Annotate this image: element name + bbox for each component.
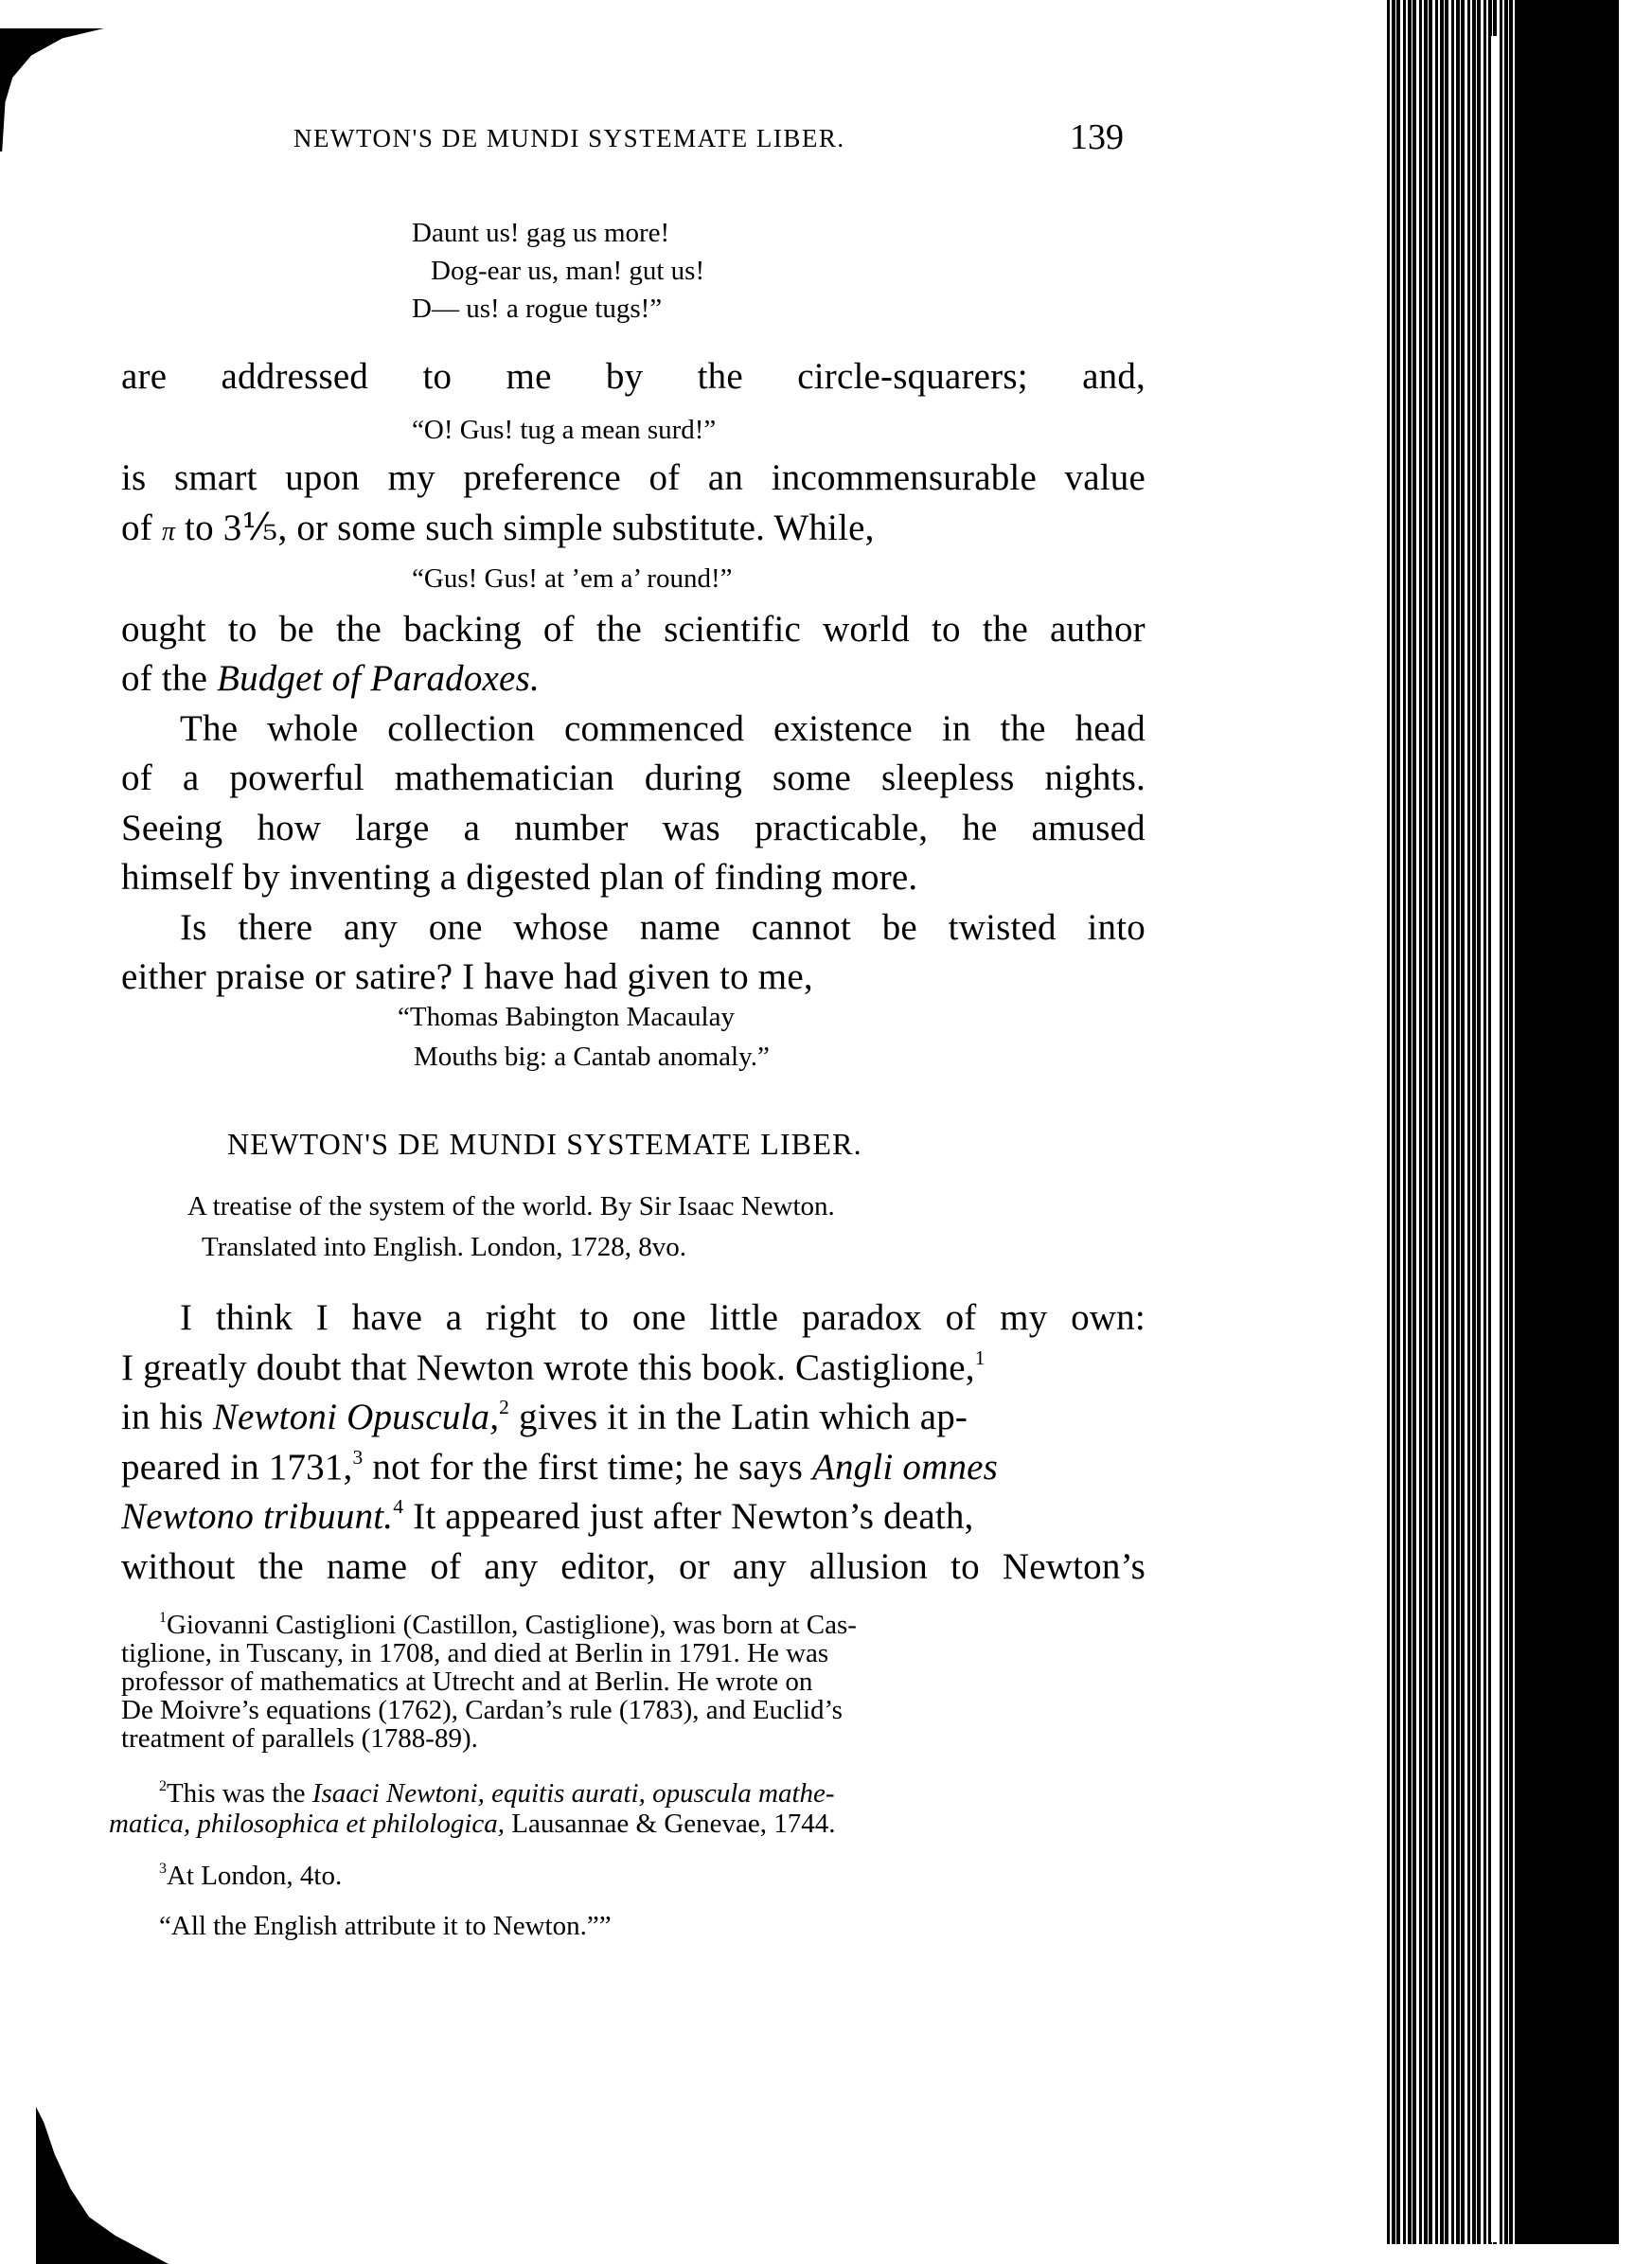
book-title-italic: Budget of Paradoxes. bbox=[217, 658, 540, 699]
word: any bbox=[344, 909, 398, 946]
word: smart bbox=[174, 459, 258, 496]
footnote-3: 3At London, 4to. bbox=[159, 1863, 342, 1890]
footnote-text: At London, 4to. bbox=[167, 1861, 342, 1891]
verse-line: D— us! a rogue tugs!” bbox=[412, 295, 662, 323]
footnote-italic: matica, philosophica et philologica, bbox=[109, 1809, 505, 1839]
book-spine-shadow bbox=[1515, 0, 1617, 2244]
footnote-2: 2This was the Isaaci Newtoni, equitis au… bbox=[159, 1780, 835, 1808]
text-run: in his bbox=[121, 1397, 213, 1437]
word: to bbox=[579, 1299, 609, 1336]
word: or bbox=[679, 1548, 710, 1585]
word: The bbox=[180, 710, 238, 747]
body-line: of a powerful mathematician during some … bbox=[121, 759, 1146, 796]
footnote-text: This was the bbox=[167, 1778, 312, 1809]
word: name bbox=[327, 1548, 407, 1585]
word: the bbox=[983, 611, 1028, 648]
word: head bbox=[1075, 710, 1146, 747]
text-run: to 3 bbox=[175, 508, 241, 548]
word: during bbox=[645, 759, 742, 796]
footnote-1-line: tiglione, in Tuscany, in 1708, and died … bbox=[121, 1640, 828, 1667]
word: and, bbox=[1082, 358, 1146, 395]
word: Is bbox=[180, 909, 207, 946]
footnote-1-line: professor of mathematics at Utrecht and … bbox=[121, 1668, 812, 1696]
quoted-anagram: “O! Gus! tug a mean surd!” bbox=[412, 417, 716, 444]
body-line: The whole collection commenced existence… bbox=[180, 710, 1146, 747]
word: one bbox=[632, 1299, 686, 1336]
footnote-4: “All the English attribute it to Newton.… bbox=[159, 1913, 612, 1940]
word: be bbox=[279, 611, 314, 648]
word: name bbox=[640, 909, 720, 946]
word: practicable, bbox=[755, 810, 928, 847]
word: some bbox=[773, 759, 851, 796]
footnote-marker: 1 bbox=[159, 1610, 167, 1626]
word: any bbox=[733, 1548, 787, 1585]
word: I bbox=[316, 1299, 329, 1336]
word: the bbox=[698, 358, 743, 395]
fraction-one-fifth: ⅕ bbox=[241, 508, 277, 548]
body-line: are addressed to me by the circle-square… bbox=[121, 358, 1146, 395]
footnote-ref-1[interactable]: 1 bbox=[975, 1346, 986, 1369]
word: circle-squarers; bbox=[797, 358, 1028, 395]
word: twisted bbox=[949, 909, 1057, 946]
word: without bbox=[121, 1548, 236, 1585]
word: mathematician bbox=[395, 759, 614, 796]
word: one bbox=[429, 909, 483, 946]
pi-symbol: π bbox=[162, 517, 175, 546]
word: there bbox=[238, 909, 312, 946]
word: into bbox=[1087, 909, 1145, 946]
word: by bbox=[606, 358, 643, 395]
text-run: , or some such simple substitute. While, bbox=[277, 508, 874, 548]
word: a bbox=[446, 1299, 463, 1336]
word: of bbox=[121, 759, 152, 796]
word: have bbox=[352, 1299, 422, 1336]
body-line: in his Newtoni Opuscula,2 gives it in th… bbox=[121, 1399, 968, 1435]
verse-line: Mouths big: a Cantab anomaly.” bbox=[414, 1043, 770, 1071]
body-line: himself by inventing a digested plan of … bbox=[121, 859, 917, 896]
text-run: of bbox=[121, 508, 162, 548]
body-line: without the name of any editor, or any a… bbox=[121, 1548, 1146, 1585]
body-line: of the Budget of Paradoxes. bbox=[121, 660, 540, 697]
book-page: NEWTON'S DE MUNDI SYSTEMATE LIBER. 139 D… bbox=[0, 0, 1652, 2264]
word: backing bbox=[403, 611, 522, 648]
text-run: of the bbox=[121, 658, 217, 699]
word: in bbox=[942, 710, 971, 747]
word: ought bbox=[121, 611, 206, 648]
word: an bbox=[708, 459, 743, 496]
body-line: either praise or satire? I have had give… bbox=[121, 958, 813, 995]
body-line: Is there any one whose name cannot be tw… bbox=[180, 909, 1146, 946]
word: are bbox=[121, 358, 167, 395]
running-header-title: NEWTON'S DE MUNDI SYSTEMATE LIBER. bbox=[293, 126, 845, 152]
body-line: peared in 1731,3 not for the first time;… bbox=[121, 1449, 998, 1486]
footnote-text: Giovanni Castiglioni (Castillon, Castigl… bbox=[167, 1610, 857, 1640]
word: little bbox=[709, 1299, 778, 1336]
word: was bbox=[663, 810, 720, 847]
word: of bbox=[648, 459, 680, 496]
footnote-ref-2[interactable]: 2 bbox=[499, 1396, 509, 1418]
word: editor, bbox=[560, 1548, 656, 1585]
text-run: I greatly doubt that Newton wrote this b… bbox=[121, 1347, 975, 1388]
word: addressed bbox=[222, 358, 369, 395]
word: whole bbox=[267, 710, 358, 747]
word: the bbox=[258, 1548, 304, 1585]
word: number bbox=[514, 810, 628, 847]
word: the bbox=[596, 611, 642, 648]
latin-quote-italic: Newtono tribuunt. bbox=[121, 1496, 393, 1537]
word: amused bbox=[1032, 810, 1146, 847]
word: commenced bbox=[564, 710, 744, 747]
word: a bbox=[183, 759, 200, 796]
word: be bbox=[882, 909, 917, 946]
word: scientific bbox=[664, 611, 801, 648]
footnote-marker: 3 bbox=[159, 1861, 167, 1877]
word: paradox bbox=[802, 1299, 922, 1336]
word: my bbox=[388, 459, 435, 496]
word: author bbox=[1050, 611, 1146, 648]
verse-line: “Thomas Babington Macaulay bbox=[398, 1004, 735, 1031]
word: a bbox=[464, 810, 481, 847]
citation-line: A treatise of the system of the world. B… bbox=[187, 1193, 835, 1221]
text-run: peared in 1731, bbox=[121, 1447, 353, 1488]
book-title-italic: Newtoni Opuscula, bbox=[213, 1397, 499, 1437]
word: Seeing bbox=[121, 810, 222, 847]
word: me bbox=[506, 358, 552, 395]
footnote-1-line: treatment of parallels (1788-89). bbox=[121, 1725, 478, 1753]
word: world bbox=[823, 611, 910, 648]
word: nights. bbox=[1044, 759, 1146, 796]
word: sleepless bbox=[881, 759, 1014, 796]
text-run: It appeared just after Newton’s death, bbox=[403, 1496, 973, 1537]
word: to bbox=[228, 611, 258, 648]
word: is bbox=[121, 459, 146, 496]
word: to bbox=[932, 611, 961, 648]
footnote-1: 1Giovanni Castiglioni (Castillon, Castig… bbox=[159, 1612, 857, 1639]
word: large bbox=[355, 810, 429, 847]
word: powerful bbox=[229, 759, 364, 796]
scan-shadow-bottom-left bbox=[36, 2107, 169, 2264]
word: whose bbox=[513, 909, 609, 946]
word: the bbox=[1000, 710, 1045, 747]
word: value bbox=[1065, 459, 1146, 496]
word: upon bbox=[285, 459, 360, 496]
body-line: is smart upon my preference of an incomm… bbox=[121, 459, 1146, 496]
section-heading: NEWTON'S DE MUNDI SYSTEMATE LIBER. bbox=[227, 1129, 862, 1159]
citation-line: Translated into English. London, 1728, 8… bbox=[202, 1234, 686, 1261]
word: own: bbox=[1071, 1299, 1146, 1336]
word: existence bbox=[773, 710, 913, 747]
scan-shadow-top-left bbox=[0, 28, 104, 152]
word: to bbox=[422, 358, 452, 395]
word: collection bbox=[387, 710, 535, 747]
word: cannot bbox=[752, 909, 851, 946]
word: of bbox=[543, 611, 575, 648]
word: right bbox=[486, 1299, 557, 1336]
word: preference bbox=[463, 459, 621, 496]
word: allusion bbox=[809, 1548, 928, 1585]
word: Newton’s bbox=[1003, 1548, 1146, 1585]
word: any bbox=[484, 1548, 538, 1585]
footnote-ref-3[interactable]: 3 bbox=[353, 1446, 364, 1469]
footnote-ref-4[interactable]: 4 bbox=[393, 1495, 403, 1518]
footnote-2-line: matica, philosophica et philologica, Lau… bbox=[109, 1810, 836, 1838]
text-run: gives it in the Latin which ap- bbox=[509, 1397, 968, 1437]
body-line: Seeing how large a number was practicabl… bbox=[121, 810, 1146, 847]
footnote-1-line: De Moivre’s equations (1762), Cardan’s r… bbox=[121, 1697, 843, 1724]
word: of bbox=[430, 1548, 461, 1585]
body-line: I think I have a right to one little par… bbox=[180, 1299, 1146, 1336]
page-number: 139 bbox=[1070, 119, 1124, 155]
footnote-italic: Isaaci Newtoni, equitis aurati, opuscula… bbox=[312, 1778, 835, 1809]
body-line: I greatly doubt that Newton wrote this b… bbox=[121, 1349, 986, 1386]
footnote-text: Lausannae & Genevae, 1744. bbox=[505, 1809, 835, 1839]
quoted-anagram: “Gus! Gus! at ’em a’ round!” bbox=[412, 565, 732, 593]
word: of bbox=[946, 1299, 977, 1336]
word: how bbox=[257, 810, 321, 847]
verse-line: Daunt us! gag us more! bbox=[412, 220, 669, 247]
body-line: Newtono tribuunt.4 It appeared just afte… bbox=[121, 1498, 974, 1535]
word: to bbox=[950, 1548, 980, 1585]
verse-line: Dog-ear us, man! gut us! bbox=[431, 258, 704, 285]
word: the bbox=[336, 611, 382, 648]
word: I bbox=[180, 1299, 192, 1336]
body-line: of π to 3⅕, or some such simple substitu… bbox=[121, 509, 875, 546]
word: my bbox=[1000, 1299, 1047, 1336]
footnote-marker: 2 bbox=[159, 1778, 167, 1794]
text-run: not for the first time; he says bbox=[363, 1447, 812, 1488]
latin-quote-italic: Angli omnes bbox=[812, 1447, 998, 1488]
word: incommensurable bbox=[772, 459, 1037, 496]
page-edge-highlight bbox=[1491, 36, 1498, 2242]
word: think bbox=[216, 1299, 293, 1336]
word: he bbox=[962, 810, 997, 847]
body-line: ought to be the backing of the scientifi… bbox=[121, 611, 1146, 648]
